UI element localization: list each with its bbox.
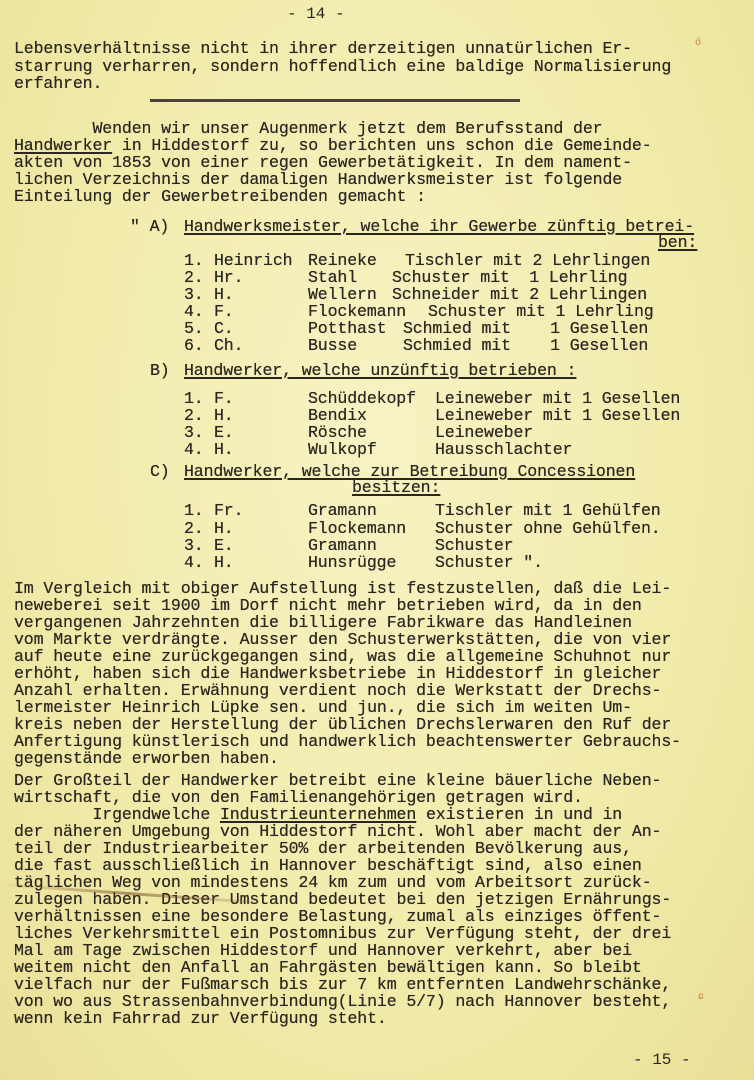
section-b-heading: Handwerker, welche unzünftig betrieben : [184,362,576,379]
section-a-heading: Handwerksmeister, welche ihr Gewerbe zün… [184,218,694,235]
intro-line: Lebensverhältnisse nicht in ihrer derzei… [14,40,632,57]
page-number-top: - 14 - [287,5,345,23]
margin-mark: ɕ [698,992,704,1003]
typewritten-page: - 14 - Lebensverhältnisse nicht in ihrer… [0,0,754,1080]
section-a-label: " A) [130,218,169,235]
section-divider [150,99,520,102]
paragraph-line: akten von 1853 von einer regen Gewerbetä… [14,154,632,171]
section-c-label: C) [150,463,170,480]
page-number-bottom: - 15 - [633,1051,691,1069]
section-a-heading-cont: ben: [658,234,697,251]
paragraph-line: Einteilung der Gewerbetreibenden gemacht… [14,188,426,205]
intro-line: erfahren. [14,75,102,92]
intro-line: starrung verharren, sondern hoffendlich … [14,58,671,75]
section-b-label: B) [150,362,170,379]
margin-mark: ő [695,38,701,49]
section-c-heading-cont: besitzen: [352,479,440,496]
paragraph-line: Wenden wir unser Augenmerk jetzt dem Ber… [14,120,602,137]
paragraph-line: Handwerker in Hiddestorf zu, so berichte… [14,137,652,154]
paragraph-line: lichen Verzeichnis der damaligen Handwer… [14,171,622,188]
